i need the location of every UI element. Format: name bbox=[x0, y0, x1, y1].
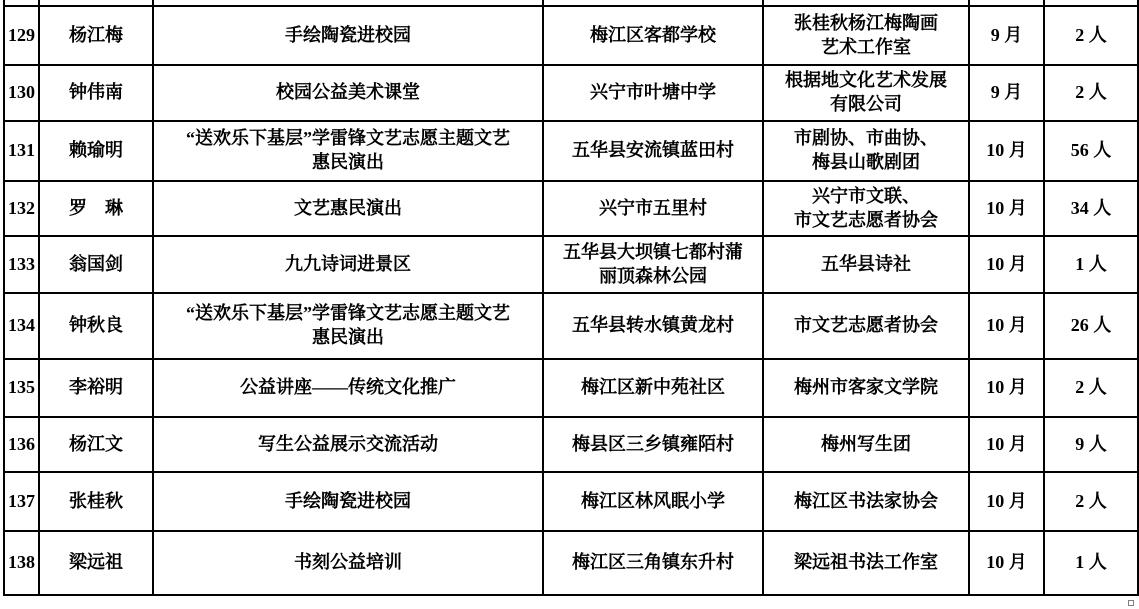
cell-participant-count: 1 人 bbox=[1044, 531, 1138, 595]
table-row: 131 赖瑜明 “送欢乐下基层”学雷锋文艺志愿主题文艺 惠民演出 五华县安流镇蓝… bbox=[4, 121, 1138, 181]
cell-month: 10 月 bbox=[969, 293, 1044, 359]
cell-volunteer-name: 杨江梅 bbox=[39, 6, 153, 65]
cell-month: 10 月 bbox=[969, 472, 1044, 531]
cell-row-number: 134 bbox=[4, 293, 39, 359]
cell-month: 9 月 bbox=[969, 6, 1044, 65]
cell-volunteer-name: 罗 琳 bbox=[39, 181, 153, 236]
cell-row-number: 130 bbox=[4, 65, 39, 121]
table-resize-handle[interactable] bbox=[1128, 600, 1134, 606]
cell-activity-title: “送欢乐下基层”学雷锋文艺志愿主题文艺 惠民演出 bbox=[153, 121, 543, 181]
cell-activity-location: 兴宁市五里村 bbox=[543, 181, 763, 236]
cell-organization: 梅州市客家文学院 bbox=[763, 359, 969, 417]
cell-organization: 兴宁市文联、 市文艺志愿者协会 bbox=[763, 181, 969, 236]
cell-volunteer-name: 杨江文 bbox=[39, 417, 153, 472]
cell-activity-title: 手绘陶瓷进校园 bbox=[153, 6, 543, 65]
table-row: 132 罗 琳 文艺惠民演出 兴宁市五里村 兴宁市文联、 市文艺志愿者协会 10… bbox=[4, 181, 1138, 236]
table-row: 137 张桂秋 手绘陶瓷进校园 梅江区林风眠小学 梅江区书法家协会 10 月 2… bbox=[4, 472, 1138, 531]
cell-volunteer-name: 翁国剑 bbox=[39, 236, 153, 293]
cell-row-number: 129 bbox=[4, 6, 39, 65]
cell-row-number: 131 bbox=[4, 121, 39, 181]
cell-participant-count: 2 人 bbox=[1044, 359, 1138, 417]
cell-activity-location: 梅江区客都学校 bbox=[543, 6, 763, 65]
table-row: 136 杨江文 写生公益展示交流活动 梅县区三乡镇雍陌村 梅州写生团 10 月 … bbox=[4, 417, 1138, 472]
cell-participant-count: 2 人 bbox=[1044, 6, 1138, 65]
cell-volunteer-name: 钟伟南 bbox=[39, 65, 153, 121]
cell-month: 9 月 bbox=[969, 65, 1044, 121]
cell-organization: 梅江区书法家协会 bbox=[763, 472, 969, 531]
cell-activity-title: 校园公益美术课堂 bbox=[153, 65, 543, 121]
table-row: 135 李裕明 公益讲座——传统文化推广 梅江区新中苑社区 梅州市客家文学院 1… bbox=[4, 359, 1138, 417]
cell-volunteer-name: 李裕明 bbox=[39, 359, 153, 417]
cell-row-number: 136 bbox=[4, 417, 39, 472]
volunteer-activities-table: 129 杨江梅 手绘陶瓷进校园 梅江区客都学校 张桂秋杨江梅陶画 艺术工作室 9… bbox=[3, 0, 1139, 596]
cell-activity-location: 兴宁市叶塘中学 bbox=[543, 65, 763, 121]
cell-activity-location: 梅江区三角镇东升村 bbox=[543, 531, 763, 595]
cell-organization: 市文艺志愿者协会 bbox=[763, 293, 969, 359]
cell-activity-title: 书刻公益培训 bbox=[153, 531, 543, 595]
cell-month: 10 月 bbox=[969, 121, 1044, 181]
cell-volunteer-name: 钟秋良 bbox=[39, 293, 153, 359]
cell-participant-count: 1 人 bbox=[1044, 236, 1138, 293]
cell-participant-count: 26 人 bbox=[1044, 293, 1138, 359]
cell-participant-count: 2 人 bbox=[1044, 472, 1138, 531]
cell-activity-location: 五华县安流镇蓝田村 bbox=[543, 121, 763, 181]
cell-organization: 张桂秋杨江梅陶画 艺术工作室 bbox=[763, 6, 969, 65]
cell-row-number: 132 bbox=[4, 181, 39, 236]
cell-activity-title: 写生公益展示交流活动 bbox=[153, 417, 543, 472]
cell-month: 10 月 bbox=[969, 181, 1044, 236]
cell-activity-title: 公益讲座——传统文化推广 bbox=[153, 359, 543, 417]
cell-activity-location: 五华县转水镇黄龙村 bbox=[543, 293, 763, 359]
cell-participant-count: 34 人 bbox=[1044, 181, 1138, 236]
cell-volunteer-name: 赖瑜明 bbox=[39, 121, 153, 181]
cell-row-number: 135 bbox=[4, 359, 39, 417]
cell-activity-title: “送欢乐下基层”学雷锋文艺志愿主题文艺 惠民演出 bbox=[153, 293, 543, 359]
table-row: 129 杨江梅 手绘陶瓷进校园 梅江区客都学校 张桂秋杨江梅陶画 艺术工作室 9… bbox=[4, 6, 1138, 65]
cell-activity-location: 梅县区三乡镇雍陌村 bbox=[543, 417, 763, 472]
cell-volunteer-name: 张桂秋 bbox=[39, 472, 153, 531]
cell-activity-location: 梅江区新中苑社区 bbox=[543, 359, 763, 417]
cell-month: 10 月 bbox=[969, 236, 1044, 293]
cell-activity-title: 文艺惠民演出 bbox=[153, 181, 543, 236]
table-row: 130 钟伟南 校园公益美术课堂 兴宁市叶塘中学 根据地文化艺术发展 有限公司 … bbox=[4, 65, 1138, 121]
cell-organization: 五华县诗社 bbox=[763, 236, 969, 293]
cell-row-number: 138 bbox=[4, 531, 39, 595]
cell-row-number: 133 bbox=[4, 236, 39, 293]
table-row: 138 梁远祖 书刻公益培训 梅江区三角镇东升村 梁远祖书法工作室 10 月 1… bbox=[4, 531, 1138, 595]
cell-activity-location: 五华县大坝镇七都村蒲 丽顶森林公园 bbox=[543, 236, 763, 293]
cell-organization: 根据地文化艺术发展 有限公司 bbox=[763, 65, 969, 121]
cell-participant-count: 9 人 bbox=[1044, 417, 1138, 472]
cell-activity-title: 九九诗词进景区 bbox=[153, 236, 543, 293]
cell-organization: 梁远祖书法工作室 bbox=[763, 531, 969, 595]
cell-month: 10 月 bbox=[969, 531, 1044, 595]
cell-activity-location: 梅江区林风眠小学 bbox=[543, 472, 763, 531]
cell-participant-count: 2 人 bbox=[1044, 65, 1138, 121]
cell-row-number: 137 bbox=[4, 472, 39, 531]
cell-participant-count: 56 人 bbox=[1044, 121, 1138, 181]
table-row: 134 钟秋良 “送欢乐下基层”学雷锋文艺志愿主题文艺 惠民演出 五华县转水镇黄… bbox=[4, 293, 1138, 359]
cell-organization: 梅州写生团 bbox=[763, 417, 969, 472]
cell-organization: 市剧协、市曲协、 梅县山歌剧团 bbox=[763, 121, 969, 181]
cell-month: 10 月 bbox=[969, 417, 1044, 472]
cell-month: 10 月 bbox=[969, 359, 1044, 417]
cell-activity-title: 手绘陶瓷进校园 bbox=[153, 472, 543, 531]
cell-volunteer-name: 梁远祖 bbox=[39, 531, 153, 595]
table-row: 133 翁国剑 九九诗词进景区 五华县大坝镇七都村蒲 丽顶森林公园 五华县诗社 … bbox=[4, 236, 1138, 293]
